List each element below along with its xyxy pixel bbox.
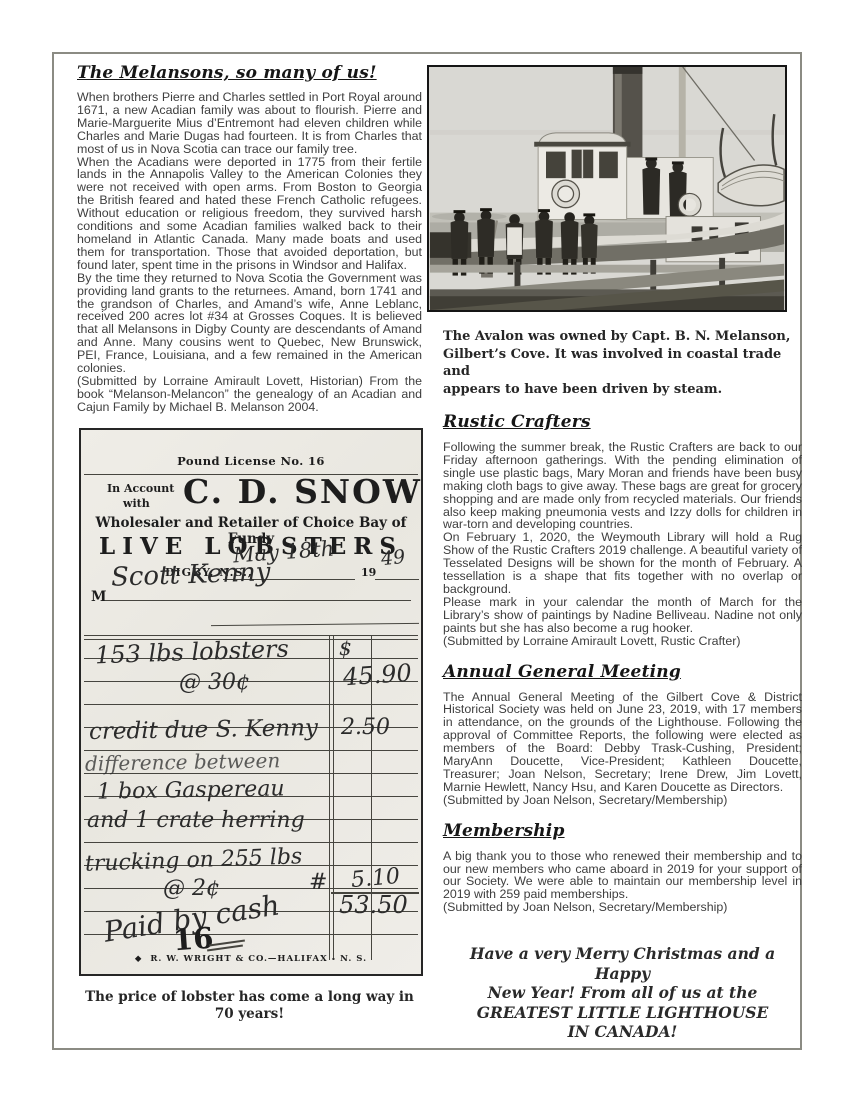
ledger-line bbox=[84, 704, 418, 705]
rustic-crafters-credit: (Submitted by Lorraine Amirault Lovett, … bbox=[443, 635, 802, 648]
melansons-paragraph-1: When brothers Pierre and Charles settled… bbox=[77, 91, 422, 156]
closing-line-4: IN CANADA! bbox=[443, 1022, 802, 1042]
receipt-account-line1: In Account bbox=[107, 482, 174, 495]
receipt-entry-lobster-rate: @ 30¢ bbox=[179, 670, 250, 695]
newsletter-page: The Melansons, so many of us! When broth… bbox=[0, 0, 850, 1100]
receipt-license: Pound License No. 16 bbox=[81, 454, 421, 468]
membership-heading: Membership bbox=[443, 821, 802, 841]
receipt-blank-underline bbox=[211, 623, 419, 626]
rustic-crafters-heading-wrap: Rustic Crafters bbox=[443, 398, 802, 441]
receipt-amount-credit: 2.50 bbox=[341, 715, 390, 740]
melansons-paragraph-3: By the time they returned to Nova Scotia… bbox=[77, 272, 422, 375]
receipt-customer-underline bbox=[105, 600, 411, 601]
receipt-total: 53.50 bbox=[339, 891, 408, 919]
receipt-customer-prefix: M bbox=[91, 589, 107, 605]
page-border: The Melansons, so many of us! When broth… bbox=[52, 52, 802, 1050]
rustic-crafters-heading: Rustic Crafters bbox=[443, 412, 802, 432]
ledger-line bbox=[84, 842, 418, 843]
agm-heading-wrap: Annual General Meeting bbox=[443, 648, 802, 691]
receipt-account-line2: with bbox=[123, 497, 150, 510]
ledger-vertical-rule bbox=[329, 635, 330, 960]
receipt-stamp-16: 16 bbox=[172, 920, 215, 957]
closing-message: Have a very Merry Christmas and a Happy … bbox=[443, 944, 802, 1042]
membership-credit: (Submitted by Joan Nelson, Secretary/Mem… bbox=[443, 901, 802, 914]
photo-caption: The Avalon was owned by Capt. B. N. Mela… bbox=[443, 328, 802, 398]
avalon-photo-illustration bbox=[429, 67, 785, 310]
agm-credit: (Submitted by Joan Nelson, Secretary/Mem… bbox=[443, 794, 802, 807]
diamond-icon: ◆ bbox=[135, 954, 143, 964]
agm-paragraph: The Annual General Meeting of the Gilber… bbox=[443, 691, 802, 794]
receipt-entry-gaspereau: 1 box Gaspereau bbox=[97, 776, 285, 804]
receipt-amount-trucking: 5.10 bbox=[350, 864, 401, 893]
receipt-customer-name: Scott Kenny bbox=[111, 557, 271, 593]
melansons-heading-wrap: The Melansons, so many of us! bbox=[77, 54, 422, 91]
receipt-year-handwritten: 49 bbox=[380, 545, 406, 569]
closing-line-3: GREATEST LITTLE LIGHTHOUSE bbox=[443, 1003, 802, 1023]
photo-caption-line-2: Gilbert’s Cove. It was involved in coast… bbox=[443, 346, 802, 381]
receipt-entry-difference: difference between bbox=[85, 748, 281, 775]
receipt-entry-trucking: trucking on 255 lbs bbox=[85, 844, 303, 877]
melansons-paragraph-2: When the Acadians were deported in 1775 … bbox=[77, 156, 422, 272]
membership-heading-wrap: Membership bbox=[443, 807, 802, 850]
melansons-paragraph-4: (Submitted by Lorraine Amirault Lovett, … bbox=[77, 375, 422, 414]
receipt-printer-line: ◆ R. W. WRIGHT & CO.—HALIFAX - N. S. bbox=[81, 954, 421, 964]
receipt-entry-credit: credit due S. Kenny bbox=[89, 715, 318, 745]
receipt-printer-text: R. W. WRIGHT & CO.—HALIFAX - N. S. bbox=[150, 954, 367, 964]
receipt-entry-herring: and 1 crate herring bbox=[87, 808, 305, 833]
closing-line-1: Have a very Merry Christmas and a Happy bbox=[443, 944, 802, 983]
left-column: The Melansons, so many of us! When broth… bbox=[77, 54, 422, 1024]
receipt-year-printed: 19 bbox=[361, 566, 376, 579]
rustic-crafters-paragraph-1: Following the summer break, the Rustic C… bbox=[443, 441, 802, 531]
membership-paragraph: A big thank you to those who renewed the… bbox=[443, 850, 802, 902]
receipt-amount-lobsters: 45.90 bbox=[342, 658, 413, 691]
receipt-year-underline bbox=[375, 579, 419, 580]
photo-caption-line-3: appears to have been driven by steam. bbox=[443, 381, 802, 399]
rustic-crafters-paragraph-3: Please mark in your calendar the month o… bbox=[443, 596, 802, 635]
receipt-dollar-sign: $ bbox=[339, 636, 352, 660]
rustic-crafters-paragraph-2: On February 1, 2020, the Weymouth Librar… bbox=[443, 531, 802, 596]
avalon-photo bbox=[427, 65, 787, 312]
receipt-hash-sign: # bbox=[309, 870, 327, 895]
closing-line-2: New Year! From all of us at the bbox=[443, 983, 802, 1003]
agm-heading: Annual General Meeting bbox=[443, 662, 802, 682]
melansons-heading: The Melansons, so many of us! bbox=[77, 63, 422, 83]
ledger-vertical-rule bbox=[333, 635, 334, 960]
receipt-entry-trucking-rate: @ 2¢ bbox=[163, 876, 220, 901]
receipt-company-name: C. D. SNOW bbox=[183, 472, 422, 511]
right-column: The Avalon was owned by Capt. B. N. Mela… bbox=[443, 54, 802, 1042]
photo-caption-line-1: The Avalon was owned by Capt. B. N. Mela… bbox=[443, 328, 802, 346]
receipt-caption: The price of lobster has come a long way… bbox=[77, 989, 422, 1024]
lobster-receipt-scan: Pound License No. 16 In Account with C. … bbox=[79, 428, 423, 976]
receipt-entry-lobsters: 153 lbs lobsters bbox=[95, 634, 290, 669]
